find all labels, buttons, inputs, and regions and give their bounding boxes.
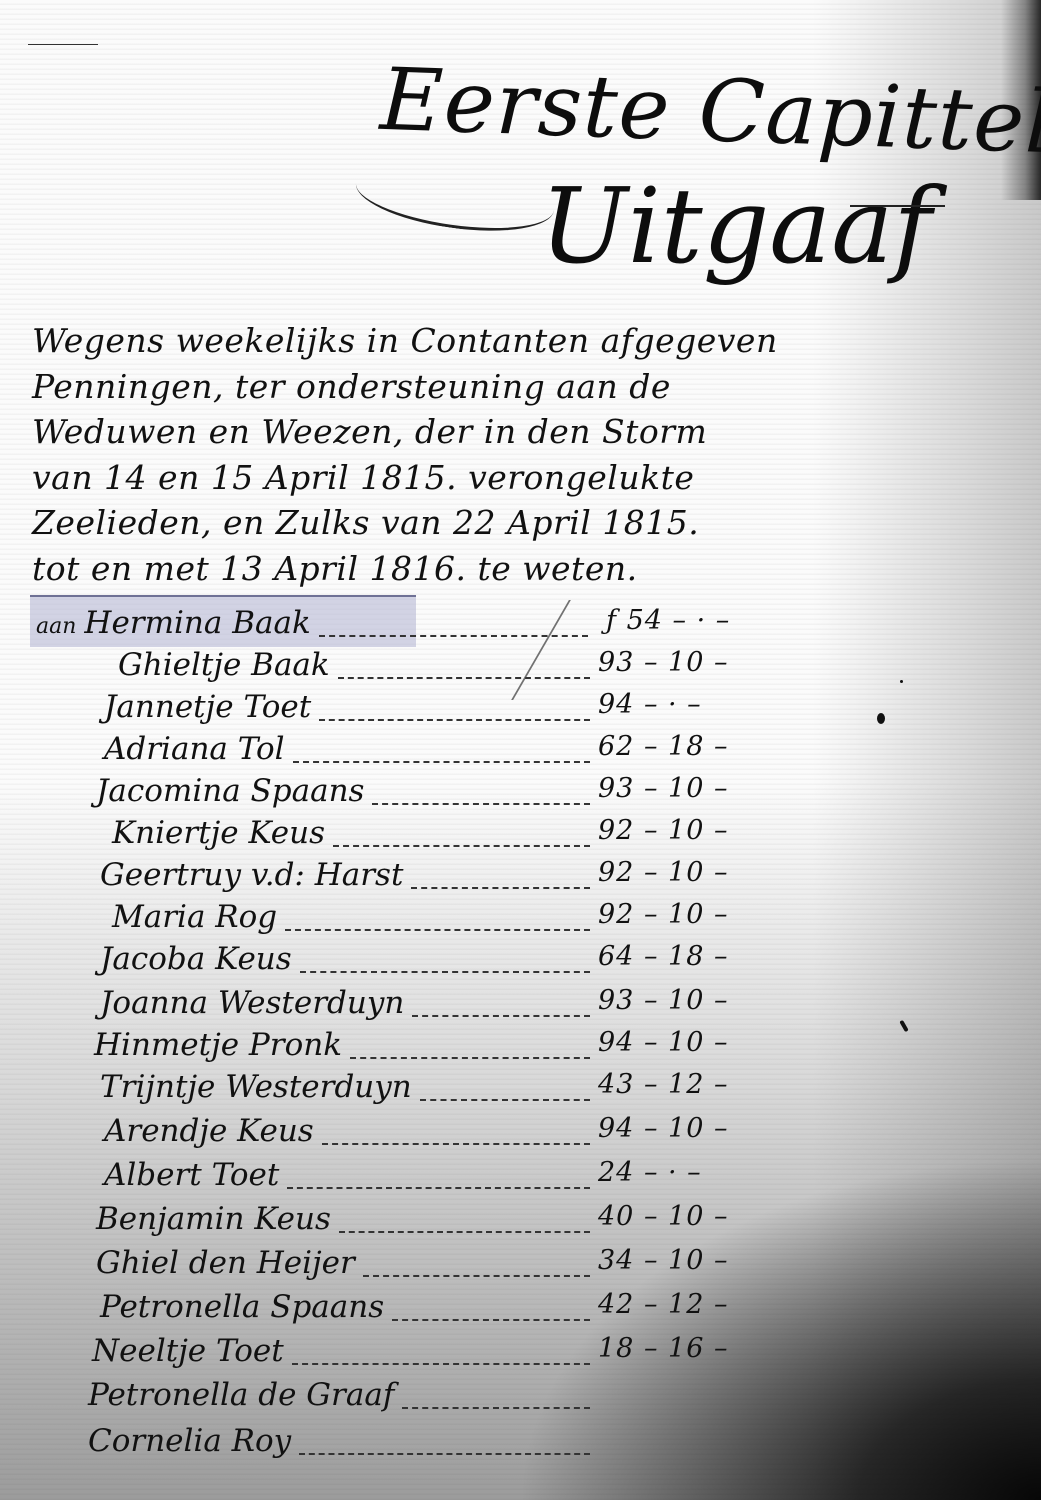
dotted-leader — [322, 1143, 590, 1145]
dotted-leader — [333, 845, 590, 847]
entry-amount: 93 – 10 – — [598, 985, 748, 1016]
list-item: Geertruy v.d: Harst 92 – 10 – — [100, 857, 598, 903]
manuscript-page: Eerste Capittel van den Uitgaaf Wegens w… — [0, 0, 1041, 1500]
dotted-leader — [392, 1319, 590, 1321]
entry-amount: 94 – 10 – — [598, 1027, 748, 1058]
entry-name: Trijntje Westerduyn — [100, 1069, 412, 1105]
entry-name: Albert Toet — [104, 1157, 279, 1193]
list-item: Petronella Spaans 42 – 12 – — [100, 1289, 598, 1335]
entry-name: Jannetje Toet — [104, 689, 311, 725]
list-item: Hinmetje Pronk 94 – 10 – — [94, 1027, 598, 1073]
intro-line: van 14 en 15 April 1815. verongelukte — [32, 455, 792, 501]
entry-name: Petronella Spaans — [100, 1289, 384, 1325]
heading-flourish-left — [352, 151, 559, 241]
entry-amount: 92 – 10 – — [598, 857, 748, 888]
entry-name: Geertruy v.d: Harst — [100, 857, 403, 893]
entry-amount: 92 – 10 – — [598, 899, 748, 930]
chapter-subheading: Uitgaaf — [540, 165, 932, 287]
intro-paragraph: Wegens weekelijks in Contanten afgegeven… — [32, 318, 792, 591]
list-item: Adriana Tol 62 – 18 – — [104, 731, 598, 777]
list-item: Ghiel den Heijer 34 – 10 – — [96, 1245, 598, 1291]
dotted-leader — [285, 929, 590, 931]
list-item: Jacoba Keus 64 – 18 – — [100, 941, 598, 987]
list-item: Petronella de Graaf — [88, 1377, 598, 1423]
entry-name: Petronella de Graaf — [88, 1377, 394, 1413]
list-item: Neeltje Toet 18 – 16 – — [92, 1333, 598, 1379]
entry-name: Hermina Baak — [84, 605, 310, 641]
intro-line: Weduwen en Weezen, der in den Storm — [32, 409, 792, 455]
entry-amount: 94 – 10 – — [598, 1113, 748, 1144]
entry-amount: 62 – 18 – — [598, 731, 748, 762]
intro-line: Wegens weekelijks in Contanten afgegeven — [32, 318, 792, 364]
entry-name: Benjamin Keus — [96, 1201, 331, 1237]
entry-name: Jacomina Spaans — [96, 773, 364, 809]
entry-name: Maria Rog — [112, 899, 277, 935]
entry-name: Adriana Tol — [104, 731, 285, 767]
list-item: Arendje Keus 94 – 10 – — [104, 1113, 598, 1159]
entry-amount: 92 – 10 – — [598, 815, 748, 846]
entry-name: Ghieltje Baak — [118, 647, 330, 683]
intro-line: Penningen, ter ondersteuning aan de — [32, 364, 792, 410]
list-item: Jacomina Spaans 93 – 10 – — [96, 773, 598, 819]
list-item: Kniertje Keus 92 – 10 – — [112, 815, 598, 861]
list-item: Joanna Westerduyn 93 – 10 – — [100, 985, 598, 1031]
entry-name: Jacoba Keus — [100, 941, 292, 977]
entry-amount: 34 – 10 – — [598, 1245, 748, 1276]
entry-amount: 42 – 12 – — [598, 1289, 748, 1320]
chapter-heading: Eerste Capittel van den — [379, 50, 1041, 180]
ink-spot — [899, 1020, 908, 1032]
dotted-leader — [293, 761, 590, 763]
dotted-leader — [420, 1099, 590, 1101]
ink-spot — [900, 680, 903, 683]
entry-name: Joanna Westerduyn — [100, 985, 404, 1021]
entry-amount: 93 – 10 – — [598, 773, 748, 804]
entry-name: Cornelia Roy — [88, 1423, 291, 1459]
intro-line: tot en met 13 April 1816. te weten. — [32, 546, 792, 592]
list-item: Trijntje Westerduyn 43 – 12 – — [100, 1069, 598, 1115]
dotted-leader — [411, 887, 590, 889]
entry-name: Neeltje Toet — [92, 1333, 284, 1369]
entry-name: Arendje Keus — [104, 1113, 314, 1149]
dotted-leader — [299, 1453, 590, 1455]
entry-name: Ghiel den Heijer — [96, 1245, 355, 1281]
dotted-leader — [300, 971, 590, 973]
chapter-heading-main: Eerste Capittel — [379, 50, 1041, 173]
intro-line: Zeelieden, en Zulks van 22 April 1815. — [32, 500, 792, 546]
entry-amount: 94 – · – — [598, 689, 748, 720]
dotted-leader — [339, 1231, 590, 1233]
list-item: Cornelia Roy — [88, 1423, 598, 1469]
entry-amount: 43 – 12 – — [598, 1069, 748, 1100]
dotted-leader — [287, 1187, 590, 1189]
entry-prefix: aan — [36, 614, 76, 639]
entry-amount: 64 – 18 – — [598, 941, 748, 972]
heading-flourish-right — [850, 205, 945, 207]
list-item: aan Hermina Baak ƒ 54 – · – — [36, 605, 596, 651]
entry-name: Kniertje Keus — [112, 815, 325, 851]
dotted-leader — [402, 1407, 590, 1409]
dotted-leader — [372, 803, 590, 805]
dotted-leader — [412, 1015, 590, 1017]
entry-amount: 18 – 16 – — [598, 1333, 748, 1364]
list-item: Maria Rog 92 – 10 – — [112, 899, 598, 945]
dotted-leader — [350, 1057, 590, 1059]
entry-amount: 24 – · – — [598, 1157, 748, 1188]
dotted-leader — [319, 719, 590, 721]
list-item: Benjamin Keus 40 – 10 – — [96, 1201, 598, 1247]
entry-name: Hinmetje Pronk — [94, 1027, 342, 1063]
ink-spot — [877, 713, 885, 724]
dotted-leader — [292, 1363, 590, 1365]
entry-amount: 40 – 10 – — [598, 1201, 748, 1232]
dotted-leader — [363, 1275, 590, 1277]
margin-mark — [28, 44, 98, 45]
list-item: Albert Toet 24 – · – — [104, 1157, 598, 1203]
